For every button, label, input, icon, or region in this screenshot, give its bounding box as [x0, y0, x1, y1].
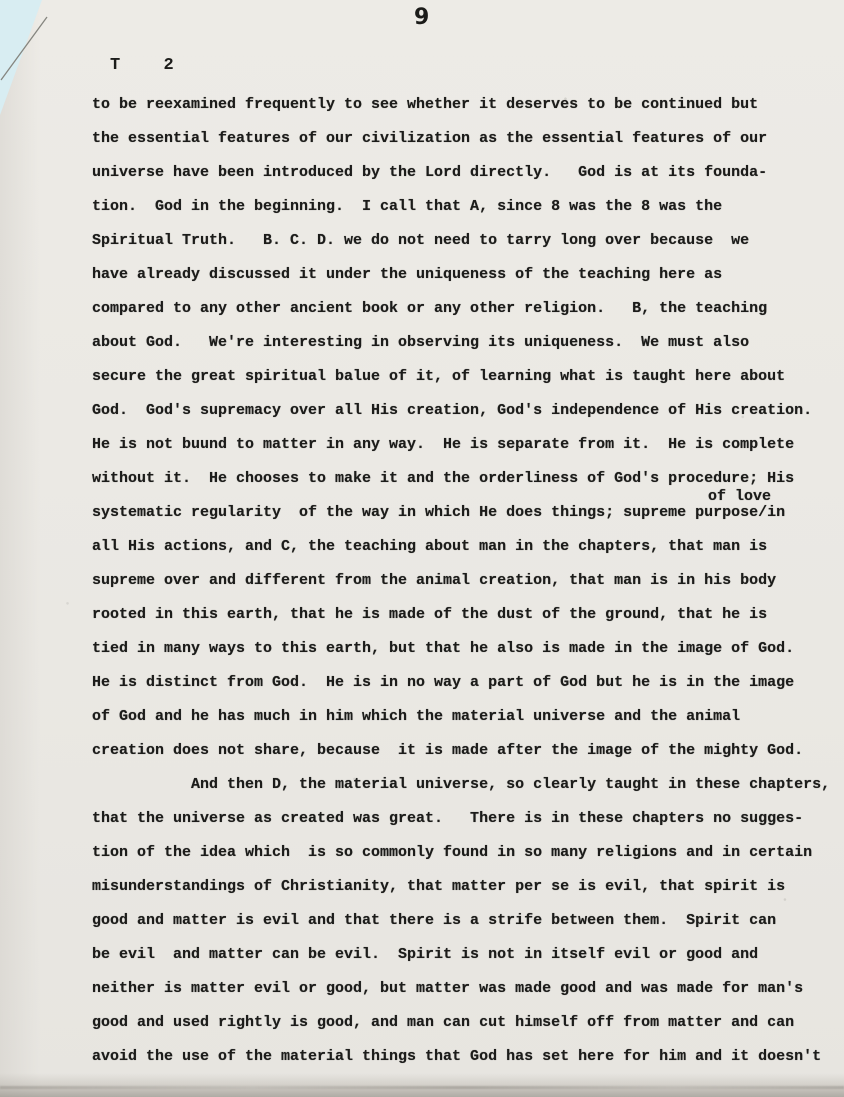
- text-line: neither is matter evil or good, but matt…: [92, 972, 837, 1006]
- text-line: be evil and matter can be evil. Spirit i…: [92, 938, 837, 972]
- text-line: supreme over and different from the anim…: [92, 564, 837, 598]
- text-line: He is distinct from God. He is in no way…: [92, 666, 837, 700]
- text-line: universe have been introduced by the Lor…: [92, 156, 837, 190]
- text-line: And then D, the material universe, so cl…: [92, 768, 837, 802]
- text-line: compared to any other ancient book or an…: [92, 292, 837, 326]
- text-line: have already discussed it under the uniq…: [92, 258, 837, 292]
- text-line: about God. We're interesting in observin…: [92, 326, 837, 360]
- text-line: all His actions, and C, the teaching abo…: [92, 530, 837, 564]
- text-line: to be reexamined frequently to see wheth…: [92, 88, 837, 122]
- scanned-page: 9 T 2 to be reexamined frequently to see…: [0, 0, 844, 1097]
- text-line: Spiritual Truth. B. C. D. we do not need…: [92, 224, 837, 258]
- text-line: that the universe as created was great. …: [92, 802, 837, 836]
- text-line: tied in many ways to this earth, but tha…: [92, 632, 837, 666]
- typewritten-text-block: to be reexamined frequently to see wheth…: [92, 88, 837, 1074]
- text-line: He is not buund to matter in any way. He…: [92, 428, 837, 462]
- text-line: tion. God in the beginning. I call that …: [92, 190, 837, 224]
- corner-wedge: [0, 0, 42, 115]
- text-line: creation does not share, because it is m…: [92, 734, 837, 768]
- typescript-reference: T 2: [110, 56, 174, 75]
- page-number: 9: [414, 5, 429, 30]
- scan-bottom-edge: [0, 1073, 844, 1097]
- text-line: avoid the use of the material things tha…: [92, 1040, 837, 1074]
- text-line: God. God's supremacy over all His creati…: [92, 394, 837, 428]
- text-line: of God and he has much in him which the …: [92, 700, 837, 734]
- text-line: misunderstandings of Christianity, that …: [92, 870, 837, 904]
- text-line: tion of the idea which is so commonly fo…: [92, 836, 837, 870]
- text-line: secure the great spiritual balue of it, …: [92, 360, 837, 394]
- text-line: good and used rightly is good, and man c…: [92, 1006, 837, 1040]
- interline-insertion: of love: [708, 488, 771, 505]
- text-line: the essential features of our civilizati…: [92, 122, 837, 156]
- text-line: good and matter is evil and that there i…: [92, 904, 837, 938]
- text-line: rooted in this earth, that he is made of…: [92, 598, 837, 632]
